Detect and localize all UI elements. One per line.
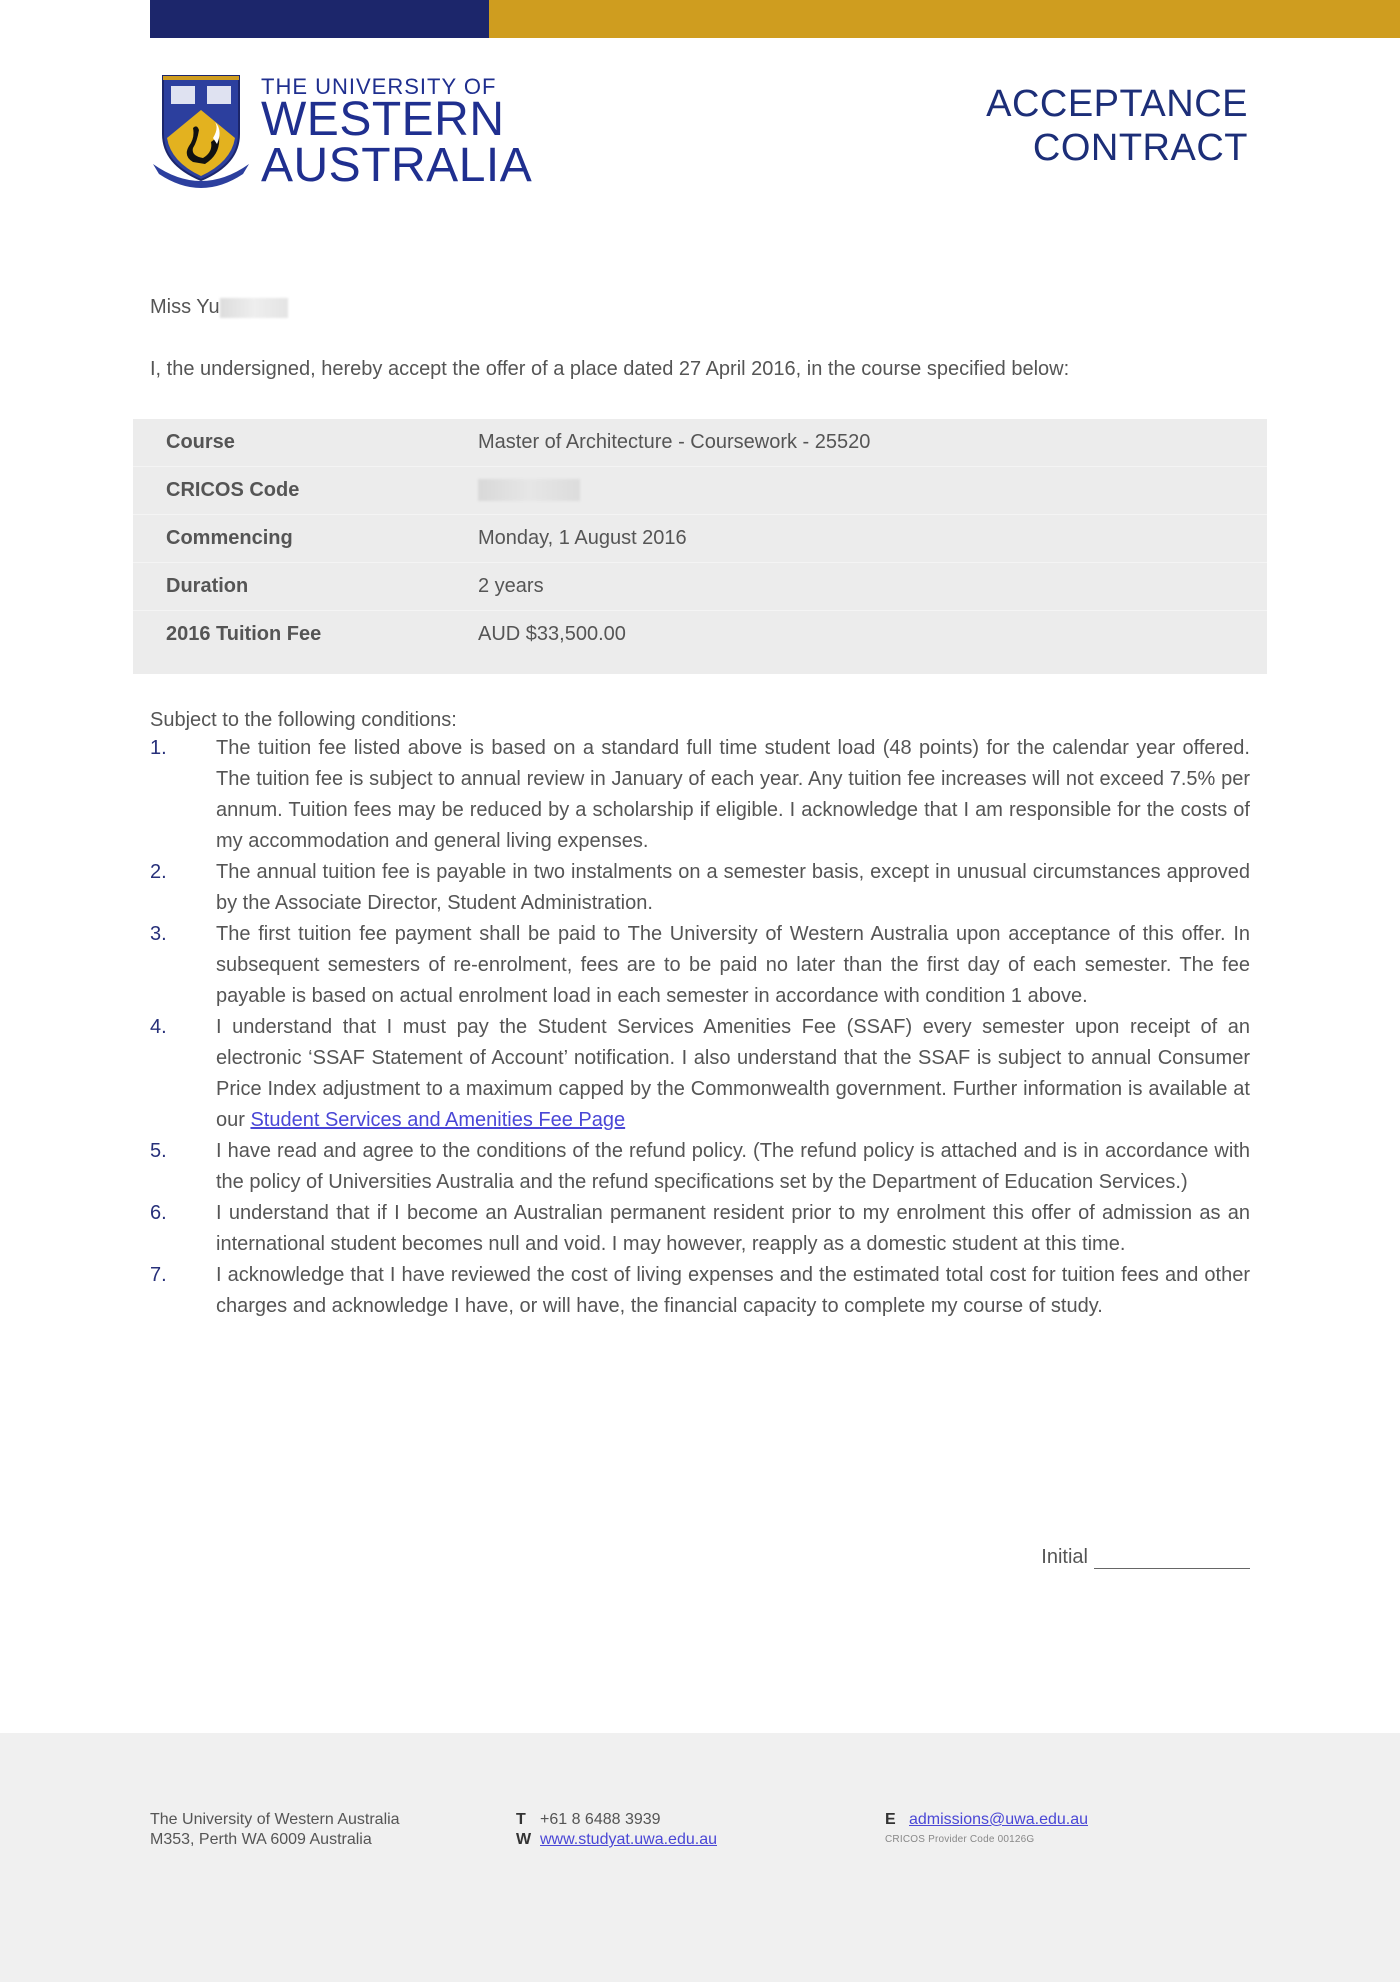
details-value: Monday, 1 August 2016 (478, 527, 687, 550)
email-key: E (885, 1810, 909, 1830)
phone-key: T (516, 1810, 540, 1830)
footer-contact: T+61 8 6488 3939 Wwww.studyat.uwa.edu.au (516, 1810, 717, 1850)
salutation-text: Miss Yu (150, 296, 220, 318)
initial-field[interactable]: Initial (1041, 1546, 1250, 1569)
logo-line2: WESTERN (261, 96, 532, 144)
condition-text: I have read and agree to the conditions … (216, 1140, 1250, 1193)
logo-wordmark: THE UNIVERSITY OF WESTERN AUSTRALIA (261, 76, 532, 190)
header-bar-gold (489, 0, 1400, 38)
university-logo: THE UNIVERSITY OF WESTERN AUSTRALIA (153, 72, 493, 192)
condition-item: 3.The first tuition fee payment shall be… (150, 919, 1250, 1012)
redacted-cricos-code (478, 479, 580, 501)
condition-number: 6. (150, 1198, 167, 1229)
details-label: Course (166, 431, 235, 454)
condition-item: 2.The annual tuition fee is payable in t… (150, 857, 1250, 919)
email-link[interactable]: admissions@uwa.edu.au (909, 1811, 1088, 1828)
title-line2: CONTRACT (986, 126, 1248, 170)
condition-text: I acknowledge that I have reviewed the c… (216, 1264, 1250, 1317)
logo-line3: AUSTRALIA (261, 142, 532, 190)
phone-number: +61 8 6488 3939 (540, 1811, 661, 1828)
header-color-bar (150, 0, 1400, 38)
details-row-duration: Duration 2 years (133, 563, 1267, 611)
initial-signature-line[interactable] (1094, 1550, 1250, 1569)
details-row-course: Course Master of Architecture - Coursewo… (133, 419, 1267, 467)
details-row-cricos: CRICOS Code (133, 467, 1267, 515)
condition-number: 1. (150, 733, 167, 764)
address-line2: M353, Perth WA 6009 Australia (150, 1830, 400, 1850)
details-value: AUD $33,500.00 (478, 623, 626, 646)
details-row-commencing: Commencing Monday, 1 August 2016 (133, 515, 1267, 563)
footer-phone: T+61 8 6488 3939 (516, 1810, 717, 1830)
details-label: 2016 Tuition Fee (166, 623, 321, 646)
details-label: CRICOS Code (166, 479, 299, 502)
condition-text: I understand that if I become an Austral… (216, 1202, 1250, 1255)
intro-paragraph: I, the undersigned, hereby accept the of… (150, 358, 1069, 381)
initial-label: Initial (1041, 1546, 1088, 1568)
document-title: ACCEPTANCE CONTRACT (986, 82, 1248, 170)
footer-address: The University of Western Australia M353… (150, 1810, 400, 1850)
condition-item: 4.I understand that I must pay the Stude… (150, 1012, 1250, 1136)
header-bar-navy (150, 0, 489, 38)
redacted-name (220, 298, 288, 318)
details-value: Master of Architecture - Coursework - 25… (478, 431, 870, 454)
salutation: Miss Yu (150, 296, 288, 319)
condition-text: The tuition fee listed above is based on… (216, 737, 1250, 852)
condition-number: 2. (150, 857, 167, 888)
condition-item: 5.I have read and agree to the condition… (150, 1136, 1250, 1198)
details-value-redacted (478, 479, 580, 507)
footer: The University of Western Australia M353… (0, 1733, 1400, 1982)
ssaf-page-link[interactable]: Student Services and Amenities Fee Page (250, 1109, 625, 1131)
cricos-provider-code: CRICOS Provider Code 00126G (885, 1830, 1088, 1850)
condition-number: 3. (150, 919, 167, 950)
condition-item: 7.I acknowledge that I have reviewed the… (150, 1260, 1250, 1322)
condition-number: 5. (150, 1136, 167, 1167)
condition-number: 4. (150, 1012, 167, 1043)
conditions-section: Subject to the following conditions: 1.T… (150, 707, 1250, 1322)
website-link[interactable]: www.studyat.uwa.edu.au (540, 1831, 717, 1848)
details-label: Commencing (166, 527, 293, 550)
condition-text: The first tuition fee payment shall be p… (216, 923, 1250, 1007)
footer-web: Wwww.studyat.uwa.edu.au (516, 1830, 717, 1850)
details-value: 2 years (478, 575, 544, 598)
address-line1: The University of Western Australia (150, 1810, 400, 1830)
footer-email: Eadmissions@uwa.edu.au CRICOS Provider C… (885, 1810, 1088, 1850)
web-key: W (516, 1830, 540, 1850)
title-line1: ACCEPTANCE (986, 82, 1248, 126)
conditions-heading: Subject to the following conditions: (150, 707, 1250, 733)
condition-text: The annual tuition fee is payable in two… (216, 861, 1250, 914)
course-details-table: Course Master of Architecture - Coursewo… (133, 419, 1267, 674)
details-row-tuition-fee: 2016 Tuition Fee AUD $33,500.00 (133, 611, 1267, 658)
details-label: Duration (166, 575, 248, 598)
condition-item: 1.The tuition fee listed above is based … (150, 733, 1250, 857)
condition-number: 7. (150, 1260, 167, 1291)
crest-icon (153, 72, 249, 190)
condition-item: 6.I understand that if I become an Austr… (150, 1198, 1250, 1260)
conditions-list: 1.The tuition fee listed above is based … (150, 733, 1250, 1322)
